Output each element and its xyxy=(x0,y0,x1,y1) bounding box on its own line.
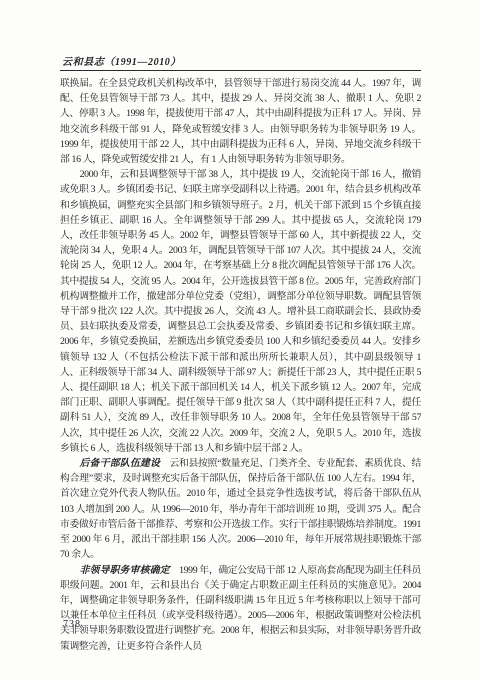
paragraph-text: 1999 年，确定公安局干部 12 人原高套高配现为副主任科员职级问题。2001… xyxy=(60,565,421,652)
page-number: 738 xyxy=(63,619,81,630)
paragraph-text: 联换届。在全县党政机关机构改革中，县管领导干部进行易岗交流 44 人。1997 … xyxy=(60,78,421,165)
paragraph: 非领导职务审核确定1999 年，确定公安局干部 12 人原高套高配现为副主任科员… xyxy=(60,563,421,654)
paragraph-text: 2000 年，云和县调整领导干部 38 人，其中提拔 19 人，交流轮岗干部 1… xyxy=(60,169,421,454)
document-page: 云和县志（1991—2010） 联换届。在全县党政机关机构改革中，县管领导干部进… xyxy=(0,0,480,679)
paragraph-heading: 非领导职务审核确定 xyxy=(80,565,170,576)
paragraph-text: 云和县按照“数量充足、门类齐全、专业配套、素质优良、结构合理”要求，及时调整充实… xyxy=(60,458,421,560)
header-rule xyxy=(60,70,421,71)
running-header-title: 云和县志（1991—2010） xyxy=(62,53,181,68)
paragraph: 后备干部队伍建设云和县按照“数量充足、门类齐全、专业配套、素质优良、结构合理”要… xyxy=(60,456,421,562)
paragraph: 联换届。在全县党政机关机构改革中，县管领导干部进行易岗交流 44 人。1997 … xyxy=(60,76,421,167)
body-text: 联换届。在全县党政机关机构改革中，县管领导干部进行易岗交流 44 人。1997 … xyxy=(60,76,421,654)
paragraph: 2000 年，云和县调整领导干部 38 人，其中提拔 19 人，交流轮岗干部 1… xyxy=(60,167,421,456)
paragraph-heading: 后备干部队伍建设 xyxy=(80,458,161,469)
